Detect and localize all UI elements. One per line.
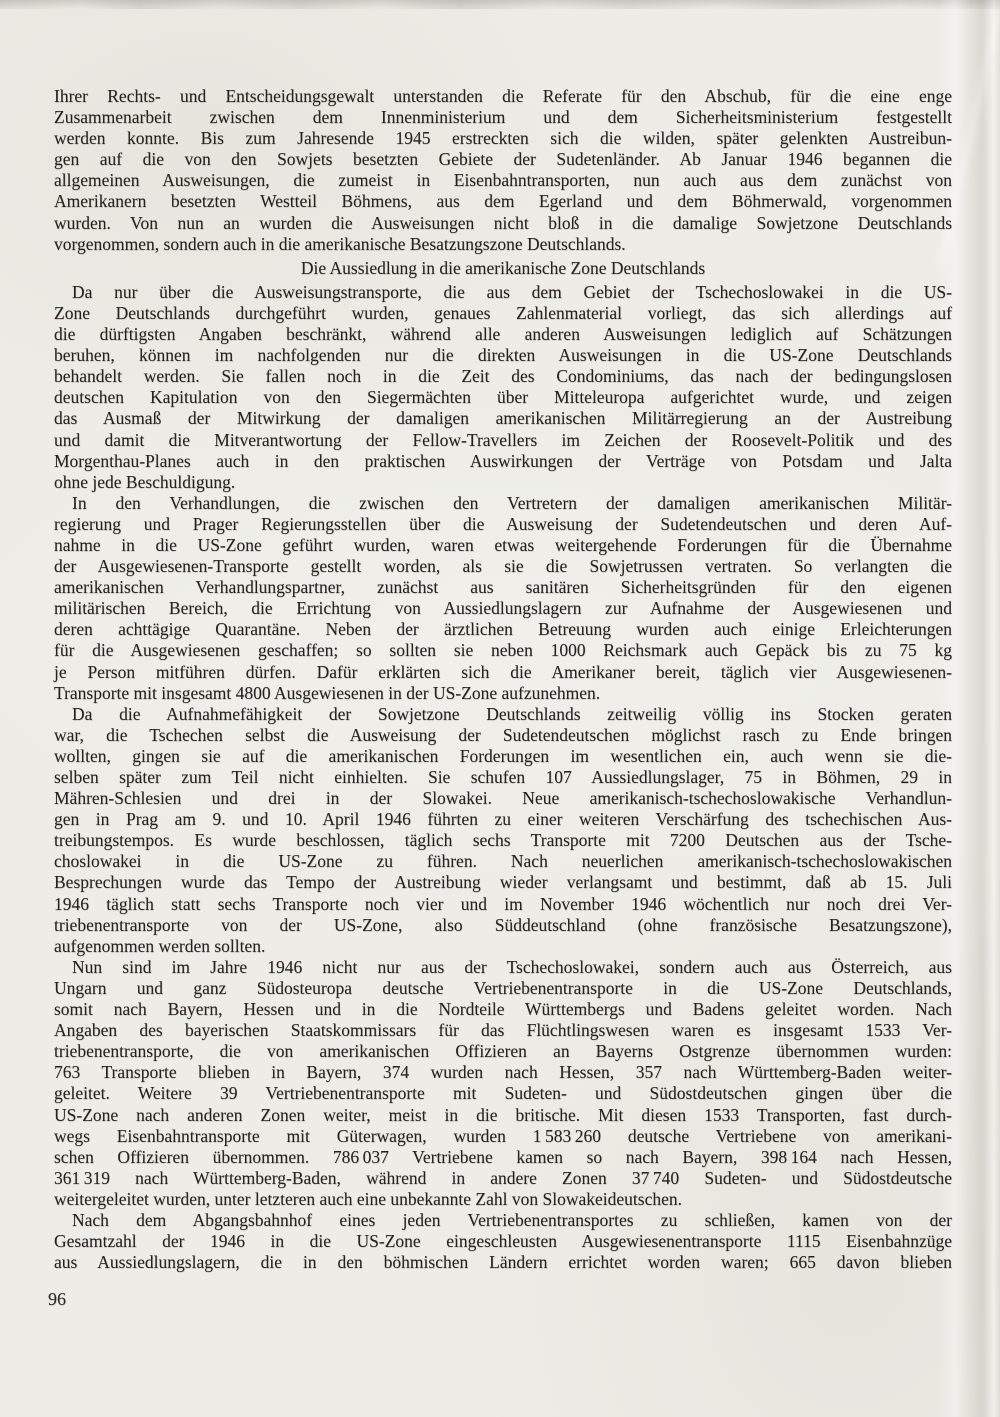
- text-line: und damit die Mitverantwortung der Fello…: [54, 430, 952, 451]
- paragraph: Da nur über die Ausweisungstransporte, d…: [54, 282, 952, 493]
- text-line: militärischen Bereich, die Errichtung vo…: [54, 598, 952, 619]
- text-line: Da die Aufnahmefähigkeit der Sowjetzone …: [54, 704, 952, 725]
- text-line: selben später zum Teil nicht einhielten.…: [54, 767, 952, 788]
- text-line: deren achttägige Quarantäne. Neben der ä…: [54, 619, 952, 640]
- text-line: triebenentransporte, die von amerikanisc…: [54, 1041, 952, 1062]
- text-line: behandelt werden. Sie fallen noch in die…: [54, 366, 952, 387]
- text-line: Besprechungen wurde das Tempo der Austre…: [54, 872, 952, 893]
- text-line: 1946 täglich statt sechs Transporte noch…: [54, 894, 952, 915]
- text-line: wurden. Von nun an wurden die Ausweisung…: [54, 213, 952, 234]
- text-line: schen Offizieren übernommen. 786 037 Ver…: [54, 1147, 952, 1168]
- text-line: Nach dem Abgangsbahnhof eines jeden Vert…: [54, 1210, 952, 1231]
- text-line: deutschen Kapitulation von den Siegermäc…: [54, 387, 952, 408]
- text-line: regierung und Prager Regierungsstellen ü…: [54, 514, 952, 535]
- text-line: 361 319 nach Württemberg-Baden, während …: [54, 1168, 952, 1189]
- text-line: amerikanischen Verhandlungspartner, zunä…: [54, 577, 952, 598]
- text-line: Ihrer Rechts- und Entscheidungsgewalt un…: [54, 86, 952, 107]
- text-line: treibungstempos. Es wurde beschlossen, t…: [54, 830, 952, 851]
- text-line: aus Aussiedlungslagern, die in den böhmi…: [54, 1252, 952, 1273]
- text-line: nahme in die US-Zone geführt wurden, war…: [54, 535, 952, 556]
- section-heading: Die Aussiedlung in die amerikanische Zon…: [54, 258, 952, 279]
- text-line: Morgenthau-Planes auch in den praktische…: [54, 451, 952, 472]
- text-line: ohne jede Beschuldigung.: [54, 472, 952, 493]
- page-text-column: Ihrer Rechts- und Entscheidungsgewalt un…: [54, 86, 952, 1273]
- text-line: Nun sind im Jahre 1946 nicht nur aus der…: [54, 957, 952, 978]
- page-number: 96: [48, 1289, 66, 1310]
- paragraph: Ihrer Rechts- und Entscheidungsgewalt un…: [54, 86, 952, 255]
- text-line: das Ausmaß der Mitwirkung der damaligen …: [54, 408, 952, 429]
- text-line: allgemeinen Ausweisungen, die zumeist in…: [54, 170, 952, 191]
- text-line: Mähren-Schlesien und drei in der Slowake…: [54, 788, 952, 809]
- text-line: für die Ausgewiesenen geschaffen; so sol…: [54, 640, 952, 661]
- text-line: Zone Deutschlands durchgeführt wurden, g…: [54, 303, 952, 324]
- text-line: vorgenommen, sondern auch in die amerika…: [54, 234, 952, 255]
- text-line: Zusammenarbeit zwischen dem Innenministe…: [54, 107, 952, 128]
- text-line: somit nach Bayern, Hessen und in die Nor…: [54, 999, 952, 1020]
- text-line: gen auf die von den Sowjets besetzten Ge…: [54, 149, 952, 170]
- text-line: beruhen, können im nachfolgenden nur die…: [54, 345, 952, 366]
- text-line: je Person mitführen dürfen. Dafür erklär…: [54, 662, 952, 683]
- paragraph: Nach dem Abgangsbahnhof eines jeden Vert…: [54, 1210, 952, 1273]
- text-line: Angaben des bayerischen Staatskommissars…: [54, 1020, 952, 1041]
- text-line: 763 Transporte blieben in Bayern, 374 wu…: [54, 1062, 952, 1083]
- text-line: Amerikanern besetzten Westteil Böhmens, …: [54, 191, 952, 212]
- text-line: Transporte mit insgesamt 4800 Ausgewiese…: [54, 683, 952, 704]
- paragraph: Da die Aufnahmefähigkeit der Sowjetzone …: [54, 704, 952, 957]
- text-line: choslowakei in die US-Zone zu führen. Na…: [54, 851, 952, 872]
- text-line: Ungarn und ganz Südosteuropa deutsche Ve…: [54, 978, 952, 999]
- scan-edge-smudge: [0, 0, 1000, 9]
- text-line: die dürftigsten Angaben beschränkt, währ…: [54, 324, 952, 345]
- text-line: war, die Tschechen selbst die Ausweisung…: [54, 725, 952, 746]
- paragraph: In den Verhandlungen, die zwischen den V…: [54, 493, 952, 704]
- text-line: triebenentransporte von der US-Zone, als…: [54, 915, 952, 936]
- text-line: In den Verhandlungen, die zwischen den V…: [54, 493, 952, 514]
- text-line: aufgenommen werden sollten.: [54, 936, 952, 957]
- text-line: Gesamtzahl der 1946 in die US-Zone einge…: [54, 1231, 952, 1252]
- scanned-page: Ihrer Rechts- und Entscheidungsgewalt un…: [0, 0, 1000, 1417]
- text-line: gen in Prag am 9. und 10. April 1946 füh…: [54, 809, 952, 830]
- text-line: werden konnte. Bis zum Jahresende 1945 e…: [54, 128, 952, 149]
- text-line: wollten, gingen sie auf die amerikanisch…: [54, 746, 952, 767]
- text-line: wegs Eisenbahntransporte mit Güterwagen,…: [54, 1126, 952, 1147]
- text-line: der Ausgewiesenen-Transporte gestellt wo…: [54, 556, 952, 577]
- text-line: Da nur über die Ausweisungstransporte, d…: [54, 282, 952, 303]
- text-line: US-Zone nach anderen Zonen weiter, meist…: [54, 1105, 952, 1126]
- text-line: weitergeleitet wurden, unter letzteren a…: [54, 1189, 952, 1210]
- text-line: geleitet. Weitere 39 Vertriebenentranspo…: [54, 1083, 952, 1104]
- paragraph: Nun sind im Jahre 1946 nicht nur aus der…: [54, 957, 952, 1210]
